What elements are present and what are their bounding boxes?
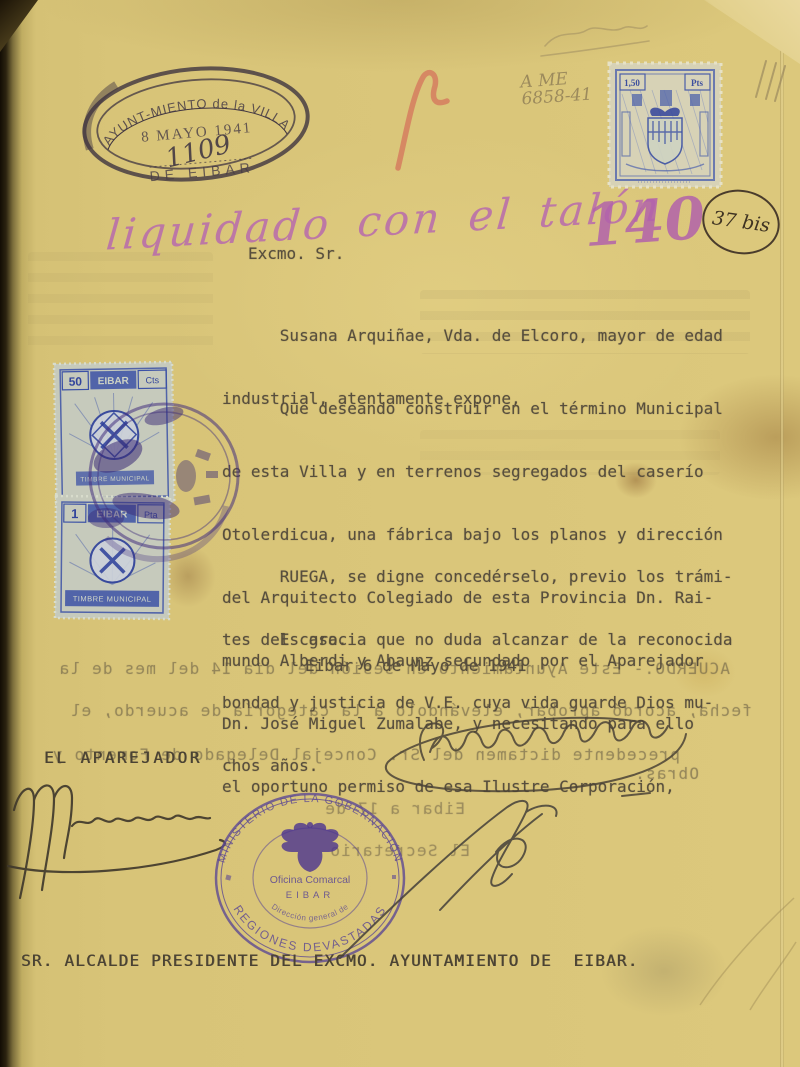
pencil-tally-marks — [748, 53, 794, 105]
liquidation-note: liquidado con el talón — [104, 181, 664, 259]
aparejador-label: EL APAREJADOR — [44, 748, 202, 767]
letter-line: Es gracia que no duda alcanzar de la rec… — [222, 629, 733, 650]
scanned-letter-page: ACUERDO.- Este Ayuntamiento en sesión de… — [0, 0, 800, 1067]
addressee-line: SR. ALCALDE PRESIDENTE DEL EXCMO. AYUNTA… — [21, 951, 638, 970]
municipal-stamp-caption: TIMBRE MUNICIPAL — [73, 594, 152, 604]
municipal-stamp-top-unit: Cts — [145, 375, 159, 385]
letter-line: RUEGA, se digne concedérselo, previo los… — [222, 566, 733, 587]
pencil-ref-line2: 6858-41 — [521, 87, 593, 109]
binding-corner-shadow — [0, 0, 38, 52]
letter-line: Que deseando construir en el término Mun… — [222, 398, 723, 419]
municipal-stamp-top-city: EIBAR — [98, 376, 130, 388]
registry-oval-stamp: AYUNT-MIENTO de la VILLA 8 MAYO 1941 110… — [76, 62, 316, 188]
municipal-stamp-bottom-value: 1 — [71, 506, 78, 521]
pencil-ref-note: A ME 6858-41 — [520, 70, 593, 109]
folio-ref-circle: 37 bis — [696, 183, 786, 262]
fiscal-stamp-value: 1,50 — [624, 78, 640, 88]
red-pencil-mark — [380, 60, 460, 175]
zumalabe-signature — [0, 778, 240, 908]
municipal-stamps: 50 EIBAR Cts TIMBRE MUNICIPAL 1 EIBAR Pt… — [46, 356, 266, 624]
municipal-stamp-top-value: 50 — [69, 375, 83, 389]
folio-ref: 37 bis — [711, 207, 772, 237]
pencil-scribble — [535, 16, 660, 64]
paper-creases — [690, 890, 800, 1015]
letter-line: Susana Arquiñae, Vda. de Elcoro, mayor d… — [222, 325, 723, 346]
bleedthrough-smudge — [28, 252, 213, 357]
fiscal-stamp-currency: Pts — [691, 78, 703, 88]
letter-date-line: Eibar 6 de Mayo de 1941 — [305, 655, 527, 676]
letter-line: de esta Villa y en terrenos segregados d… — [222, 461, 723, 482]
salutation: Excmo. Sr. — [248, 243, 344, 264]
liquidation-number: 140 — [582, 184, 708, 260]
fiscal-stamp: 1,50 Pts — [606, 60, 724, 190]
overlay-ink-signature — [320, 780, 580, 970]
